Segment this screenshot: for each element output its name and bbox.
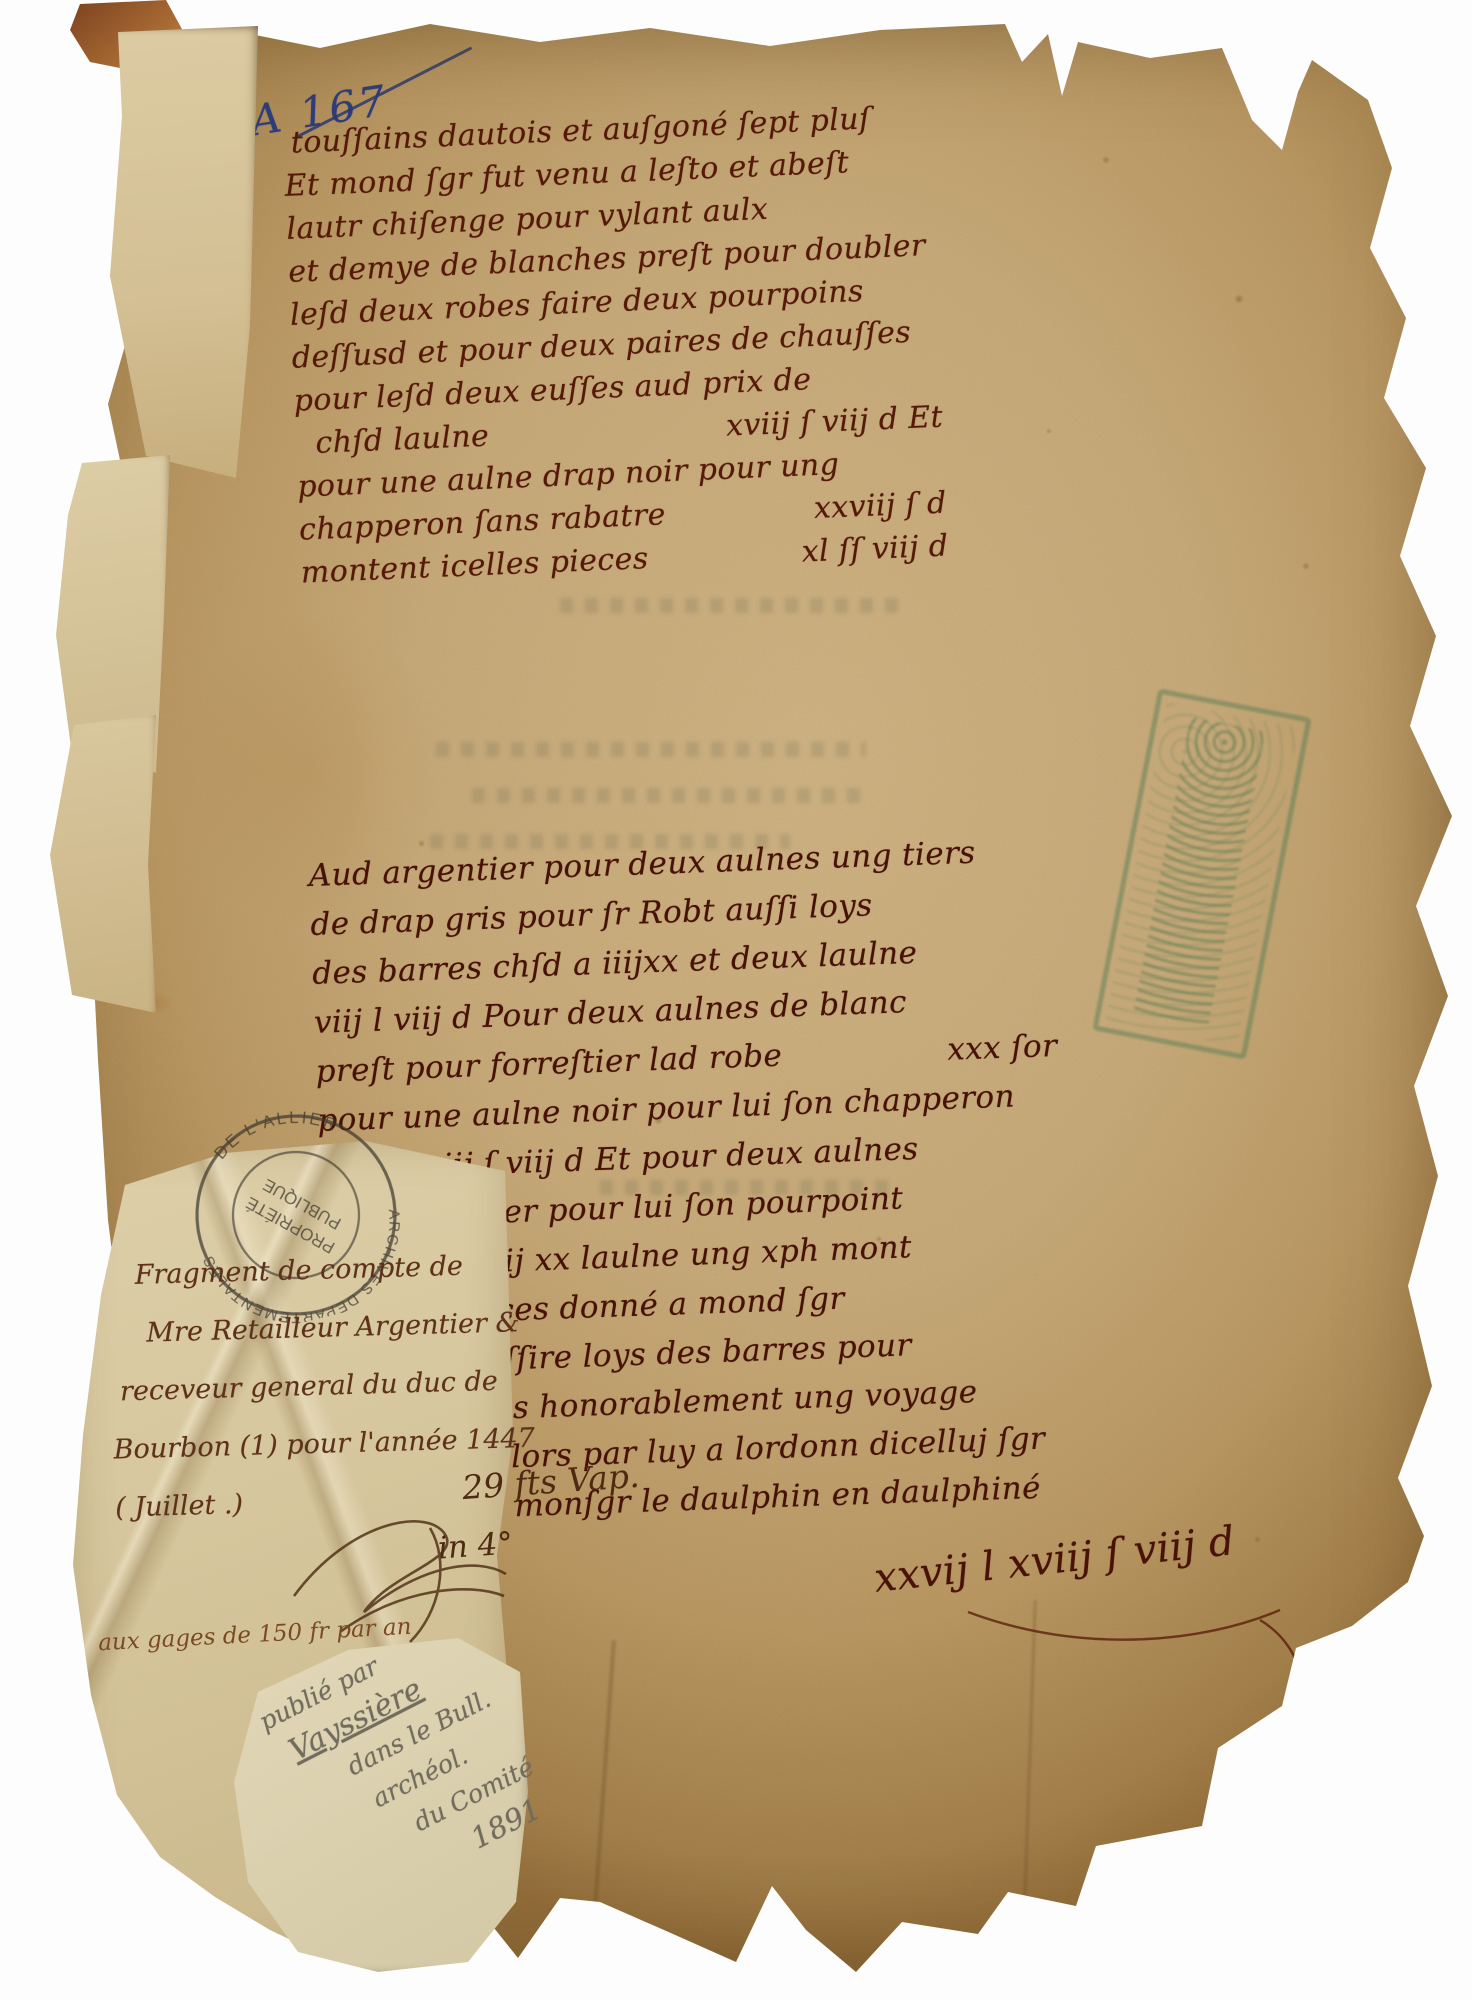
manuscript-block-1: touſſains dautois et auſgoné ſept pluſ E…	[282, 95, 949, 595]
green-rectangular-stamp	[1092, 688, 1312, 1059]
scanned-manuscript-page: A 167 touſſains dautois et auſgoné ſept …	[0, 0, 1472, 2000]
fold-crease	[588, 1640, 616, 1979]
parchment-sheet: A 167 touſſains dautois et auſgoné ſept …	[0, 0, 1472, 2000]
showthrough-text	[472, 788, 872, 803]
showthrough-text	[560, 598, 900, 613]
ink-flourish	[960, 1590, 1340, 1750]
label-line: Bourbon (1) pour l'année 1447	[113, 1410, 514, 1479]
showthrough-text	[436, 742, 866, 757]
